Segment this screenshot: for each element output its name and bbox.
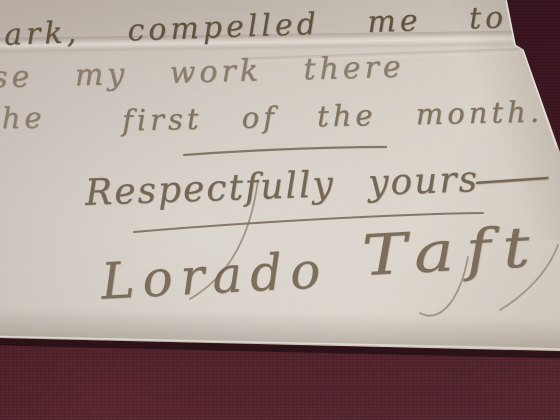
letter-line-3-rest: first of the month. — [122, 98, 543, 136]
letter-line-2: se my work there — [0, 53, 405, 94]
signature-first-name: Lorado — [100, 245, 329, 307]
closing-dash: — — [469, 158, 559, 199]
letter-line-3-start: the — [0, 103, 46, 133]
closing-text: Respectfully yours — [84, 159, 479, 214]
signature-last-name: Taft — [361, 220, 543, 285]
photo-of-handwritten-letter: ark, compelled me to se my work there th… — [0, 0, 560, 420]
